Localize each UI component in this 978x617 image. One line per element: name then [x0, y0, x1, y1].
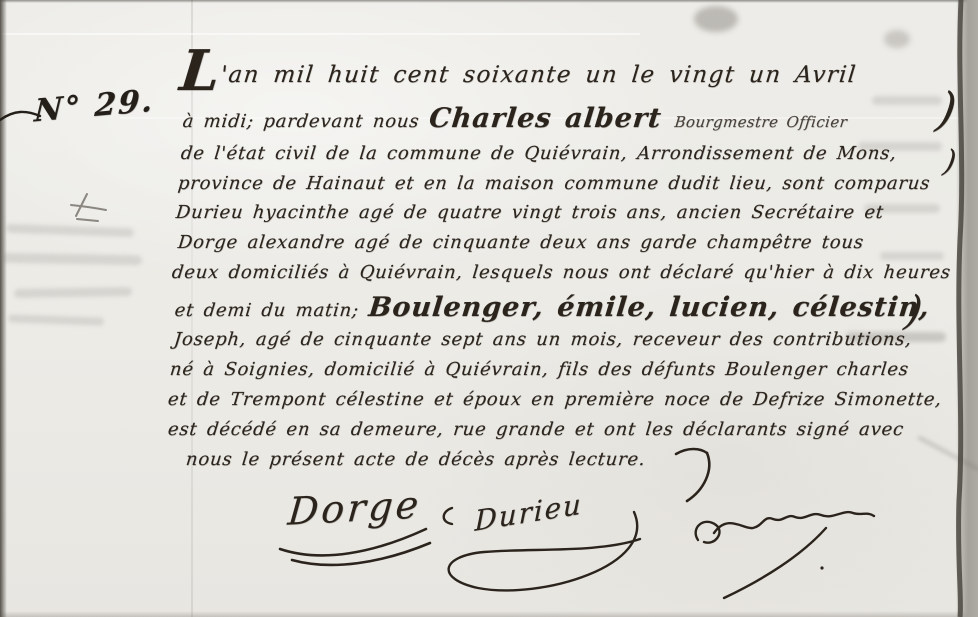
decorative-initial: L: [177, 38, 225, 104]
handwritten-line-10: né à Soignies, domicilié à Quiévrain, fi…: [169, 359, 910, 380]
handwritten-line-13: nous le présent acte de décès après lect…: [185, 449, 647, 470]
pencil-cross-mark: [71, 194, 106, 221]
signature-durieu: Durieu: [474, 487, 583, 538]
ink-smudge: [694, 6, 738, 32]
handwritten-text: 'an mil huit cent soixante un le vingt u…: [219, 62, 858, 88]
handwritten-line-1: L'an mil huit cent soixante un le vingt …: [179, 62, 858, 88]
handwritten-line-9: Joseph, agé de cinquante sept ans un moi…: [173, 329, 913, 350]
handwritten-line-12: est décédé en sa demeure, rue grande et …: [167, 419, 905, 440]
signature-right-flourish: [696, 512, 874, 598]
handwritten-line-8: et demi du matin; Boulenger, émile, luci…: [173, 292, 931, 323]
bleedthrough-ghost: [880, 252, 944, 260]
handwritten-text: province de Hainaut et en la maison comm…: [177, 173, 932, 194]
handwritten-text: nous le présent acte de décès après lect…: [185, 449, 647, 470]
horizontal-crease-top: [0, 33, 640, 35]
bleedthrough-ghost: [8, 314, 104, 325]
officiant-name: Charles albert: [428, 103, 677, 134]
handwritten-line-6: Dorge alexandre agé de cinquante deux an…: [177, 232, 865, 253]
handwritten-text: de l'état civil de la commune de Quiévra…: [180, 143, 898, 164]
page-left-edge: [0, 0, 7, 617]
page-top-edge: [0, 0, 978, 3]
margin-act-number: N° 29.: [33, 83, 155, 130]
ink-smudge: [884, 30, 910, 48]
bleedthrough-ghost: [14, 287, 132, 298]
dorge-underline-flourish: [280, 529, 430, 565]
handwritten-text: à midi; pardevant nous: [182, 111, 430, 132]
handwritten-line-4: province de Hainaut et en la maison comm…: [177, 173, 932, 194]
handwritten-text: Durieu hyacinthe agé de quatre vingt tro…: [175, 202, 885, 223]
bleedthrough-ghost: [872, 96, 942, 105]
binding-gutter: [956, 0, 978, 617]
bleedthrough-ghost: [2, 253, 142, 265]
handwritten-text: et demi du matin;: [174, 300, 370, 321]
handwritten-line-3: de l'état civil de la commune de Quiévra…: [180, 143, 898, 164]
handwritten-text: est décédé en sa demeure, rue grande et …: [167, 419, 905, 440]
handwritten-text: Bourgmestre Officier: [674, 113, 848, 131]
signature-dorge: Dorge: [286, 482, 423, 533]
handwritten-text: et de Trempont célestine et époux en pre…: [167, 389, 943, 410]
document-page: N° 29. L'an mil huit cent soixante un le…: [0, 0, 978, 617]
handwritten-text: né à Soignies, domicilié à Quiévrain, fi…: [169, 359, 910, 380]
handwritten-line-11: et de Trempont célestine et époux en pre…: [167, 389, 943, 410]
handwritten-line-5: Durieu hyacinthe agé de quatre vingt tro…: [175, 202, 885, 223]
handwritten-line-7: deux domiciliés à Quiévrain, lesquels no…: [171, 262, 952, 283]
bleedthrough-ghost: [6, 224, 134, 237]
page-bottom-edge: [0, 611, 978, 617]
deceased-name: Boulenger, émile, lucien, célestin,: [367, 292, 931, 323]
handwritten-text: Joseph, agé de cinquante sept ans un moi…: [173, 329, 913, 350]
handwritten-text: Dorge alexandre agé de cinquante deux an…: [177, 232, 865, 253]
closing-flourish: [676, 449, 709, 501]
handwritten-line-2: à midi; pardevant nous Charles albert Bo…: [181, 103, 849, 134]
handwritten-text: deux domiciliés à Quiévrain, lesquels no…: [171, 262, 952, 283]
